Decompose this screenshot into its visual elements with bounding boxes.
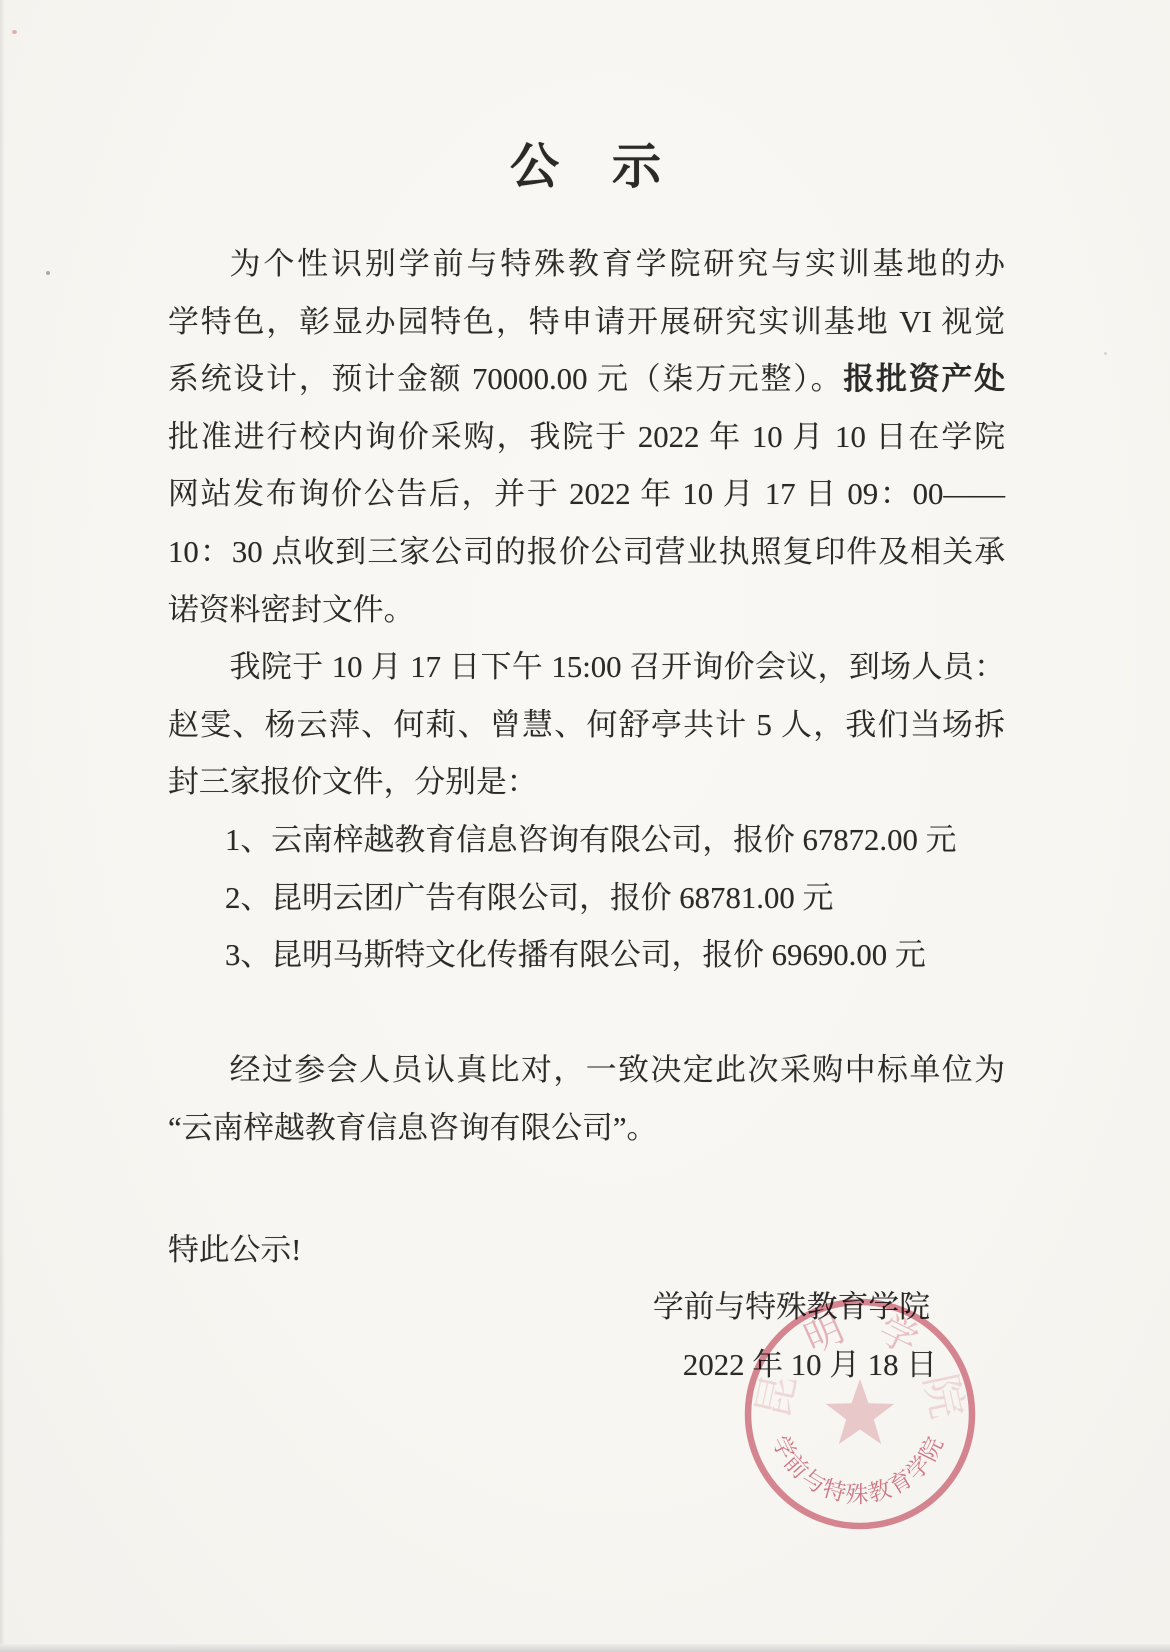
blank-line [168,985,1005,1043]
body-line: 系统设计，预计金额 70000.00 元（柒万元整）。报批资产处 [168,351,1005,409]
document-body: 为个性识别学前与特殊教育学院研究与实训基地的办 学特色，彰显办园特色，特申请开展… [168,236,1005,1158]
body-line-bold-text: 报批资产处 [843,362,1005,396]
scan-edge-left [0,0,5,1652]
official-seal-stamp: 昆 明 学 院 学前与特殊教育学院 [738,1292,982,1536]
seal-arc-char: 昆 [748,1370,805,1423]
body-line: 诺资料密封文件。 [168,582,1005,640]
body-line: 学特色，彰显办园特色，特申请开展研究实训基地 VI 视觉 [168,294,1005,352]
svg-text:学前与特殊教育学院: 学前与特殊教育学院 [767,1432,948,1507]
body-line-text: 系统设计，预计金额 70000.00 元（柒万元整）。 [168,362,843,396]
body-line: 网站发布询价公告后，并于 2022 年 10 月 17 日 09：00—— [168,466,1005,524]
body-line: “云南梓越教育信息咨询有限公司”。 [168,1100,1005,1158]
seal-arc-text: 学前与特殊教育学院 [767,1432,948,1507]
body-line: 赵雯、杨云萍、何莉、曾慧、何舒亭共计 5 人，我们当场拆 [168,697,1005,755]
bid-list-item: 2、昆明云团广告有限公司，报价 68781.00 元 [168,870,1005,928]
bid-list-item: 3、昆明马斯特文化传播有限公司，报价 69690.00 元 [168,927,1005,985]
closing-notice: 特此公示! [168,1222,301,1280]
body-line: 批准进行校内询价采购，我院于 2022 年 10 月 10 日在学院 [168,409,1005,467]
star-icon [826,1379,894,1444]
scan-edge-bottom [0,1644,1170,1652]
body-line: 封三家报价文件，分别是： [168,754,1005,812]
scan-speck [46,271,50,275]
scanned-announcement-page: 公 示 为个性识别学前与特殊教育学院研究与实训基地的办 学特色，彰显办园特色，特… [0,0,1170,1652]
seal-arc-char: 院 [915,1370,972,1423]
page-title: 公 示 [168,132,1005,202]
body-line: 10：30 点收到三家公司的报价公司营业执照复印件及相关承 [168,524,1005,582]
scan-speck [1104,352,1107,355]
body-line: 为个性识别学前与特殊教育学院研究与实训基地的办 [168,236,1005,294]
scan-speck [12,30,17,34]
bid-list-item: 1、云南梓越教育信息咨询有限公司，报价 67872.00 元 [168,812,1005,870]
body-line: 我院于 10 月 17 日下午 15:00 召开询价会议，到场人员： [168,639,1005,697]
body-line: 经过参会人员认真比对，一致决定此次采购中标单位为 [168,1042,1005,1100]
